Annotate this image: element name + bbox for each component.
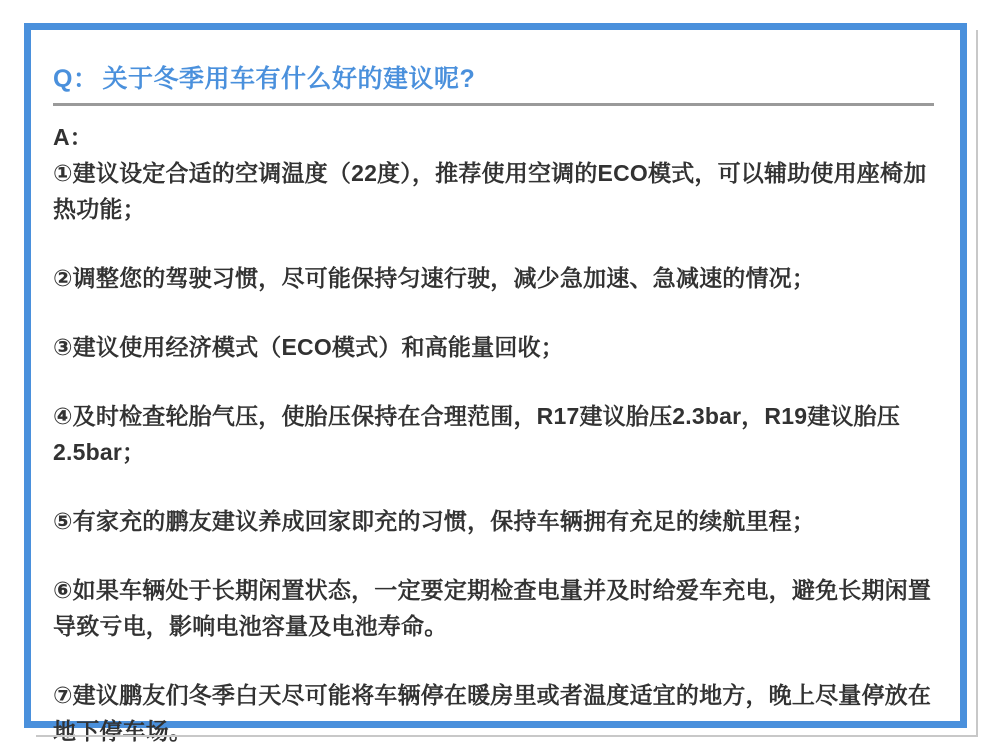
qa-card: Q：关于冬季用车有什么好的建议呢? A： ①建议设定合适的空调温度（22度），推… bbox=[24, 23, 967, 728]
answer-item-7: ⑦建议鹏友们冬季白天尽可能将车辆停在暖房里或者温度适宜的地方，晚上尽量停放在地下… bbox=[53, 677, 934, 749]
question-divider bbox=[53, 103, 934, 106]
answer-item-3: ③建议使用经济模式（ECO模式）和高能量回收； bbox=[53, 329, 934, 365]
answer-item-4: ④及时检查轮胎气压，使胎压保持在合理范围，R17建议胎压2.3bar，R19建议… bbox=[53, 398, 934, 470]
page: Q：关于冬季用车有什么好的建议呢? A： ①建议设定合适的空调温度（22度），推… bbox=[0, 0, 1000, 753]
question-label: Q： bbox=[53, 65, 98, 93]
answer-label: A： bbox=[53, 119, 934, 155]
answer-item-6: ⑥如果车辆处于长期闲置状态，一定要定期检查电量并及时给爱车充电，避免长期闲置导致… bbox=[53, 572, 934, 644]
answer-item-1: ①建议设定合适的空调温度（22度），推荐使用空调的ECO模式，可以辅助使用座椅加… bbox=[53, 155, 934, 227]
question-heading: Q：关于冬季用车有什么好的建议呢? bbox=[53, 64, 934, 94]
question-text: 关于冬季用车有什么好的建议呢? bbox=[102, 65, 475, 93]
answer-item-5: ⑤有家充的鹏友建议养成回家即充的习惯，保持车辆拥有充足的续航里程； bbox=[53, 503, 934, 539]
answer-item-2: ②调整您的驾驶习惯，尽可能保持匀速行驶，减少急加速、急减速的情况； bbox=[53, 260, 934, 296]
